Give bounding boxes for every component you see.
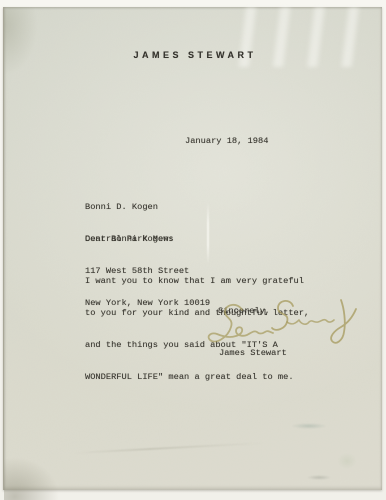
- date-line: January 18, 1984: [185, 136, 268, 147]
- body-line: to you for your kind and thoughtful lett…: [85, 308, 309, 319]
- faint-smudge: [287, 423, 331, 429]
- letterhead-name: JAMES STEWART: [129, 50, 256, 60]
- typed-signature-name: James Stewart: [219, 348, 287, 359]
- body-line: I want you to know that I am very gratef…: [85, 276, 309, 287]
- paper-crease: [74, 442, 264, 454]
- paper-corner-shadow-bottomleft: [4, 437, 94, 500]
- letter-photo: JAMES STEWART January 18, 1984 Bonni D. …: [0, 0, 386, 500]
- faint-smudge: [304, 475, 334, 480]
- body-line: WONDERFUL LIFE" mean a great deal to me.: [85, 372, 309, 383]
- paper-corner-shadow-topleft: [4, 7, 64, 97]
- body-paragraph: I want you to know that I am very gratef…: [85, 255, 309, 403]
- address-line: Bonni D. Kogen: [85, 202, 210, 213]
- closing: Sincerely,: [218, 306, 270, 317]
- salutation: Dear Bonni Kogen:: [85, 234, 174, 245]
- faint-smudge: [334, 450, 360, 472]
